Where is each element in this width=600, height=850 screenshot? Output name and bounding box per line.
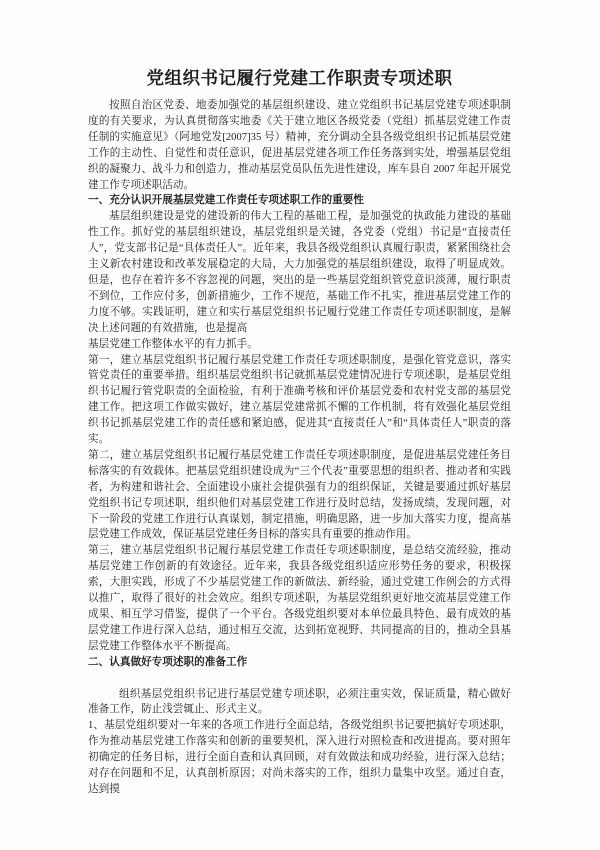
- section-heading: 一、充分认识开展基层党建工作责任专项述职工作的重要性: [88, 193, 511, 209]
- document-page: 党组织书记履行党建工作职责专项述职 按照自治区党委、地委加强党的基层组织建设、建…: [0, 0, 600, 850]
- paragraph: 按照自治区党委、地委加强党的基层组织建设、建立党组织书记基层党建专项述职制度的有…: [88, 98, 511, 193]
- paragraph: 基层组织建设是党的建设新的伟大工程的基础工程，是加强党的执政能力建设的基础性工作…: [88, 209, 511, 336]
- paragraph: 第二，建立基层党组织书记履行基层党建工作责任专项述职制度，是促进基层党建任务目标…: [88, 448, 511, 543]
- document-body: 按照自治区党委、地委加强党的基层组织建设、建立党组织书记基层党建专项述职制度的有…: [88, 98, 511, 798]
- section-heading: 二、认真做好专项述职的准备工作: [88, 655, 511, 671]
- document-title: 党组织书记履行党建工作职责专项述职: [88, 66, 511, 91]
- paragraph: 第一，建立基层党组织书记履行基层党建工作责任专项述职制度，是强化管党意识，落实管…: [88, 353, 511, 448]
- paragraph: 组织基层党组织书记进行基层党建专项述职，必须注重实效，保证质量，精心做好准备工作…: [88, 687, 511, 719]
- paragraph: 基层党建工作整体水平的有力抓手。: [88, 337, 511, 353]
- paragraph: 1、基层党组织要对一年来的各项工作进行全面总结，各级党组织书记要把搞好专项述职，…: [88, 718, 511, 798]
- paragraph: 第三，建立基层党组织书记履行基层党建工作责任专项述职制度，是总结交流经验，推动基…: [88, 543, 511, 654]
- blank-line: [88, 671, 511, 687]
